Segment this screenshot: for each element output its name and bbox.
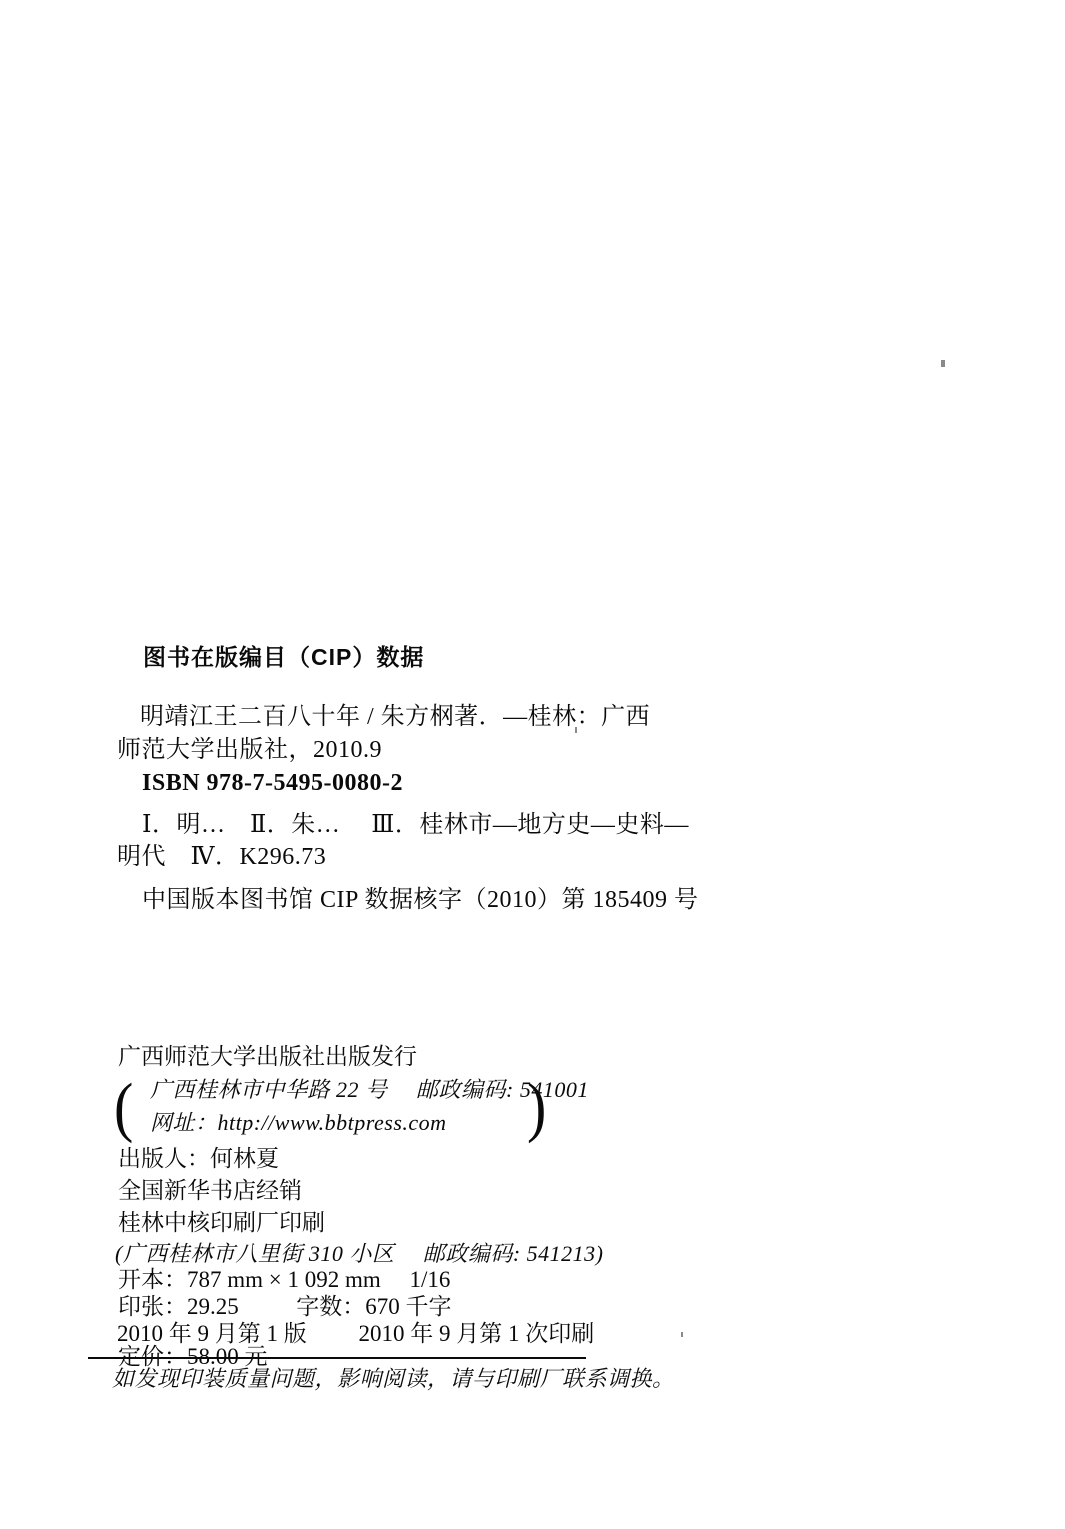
scan-speck bbox=[681, 1332, 683, 1337]
cip-title-line2: 师范大学出版社，2010.9 bbox=[117, 735, 382, 765]
close-paren-glyph: ) bbox=[527, 1068, 546, 1145]
cip-title-line1: 明靖江王二百八十年 / 朱方㭎著．—桂林：广西 bbox=[140, 702, 650, 732]
scan-speck bbox=[575, 727, 577, 733]
publisher-address: 广西桂林市中华路 22 号 邮政编码: 541001 bbox=[150, 1076, 589, 1104]
printer-address: (广西桂林市八里街 310 小区 邮政编码: 541213) bbox=[115, 1240, 603, 1268]
cip-heading: 图书在版编目（CIP）数据 bbox=[143, 643, 424, 672]
format-line: 开本：787 mm × 1 092 mm 1/16 bbox=[118, 1266, 450, 1295]
distributor-line: 全国新华书店经销 bbox=[118, 1177, 302, 1206]
cip-classification-line2: 明代 Ⅳ．K296.73 bbox=[117, 842, 326, 872]
divider-rule bbox=[88, 1357, 586, 1359]
quality-notice: 如发现印装质量问题，影响阅读，请与印刷厂联系调换。 bbox=[112, 1365, 675, 1393]
publisher-website: 网址：http://www.bbtpress.com bbox=[150, 1109, 447, 1137]
cip-classification-line1: Ⅰ．明… Ⅱ．朱… Ⅲ．桂林市—地方史—史料— bbox=[142, 810, 689, 840]
scan-speck bbox=[941, 360, 945, 367]
printer-line: 桂林中核印刷厂印刷 bbox=[118, 1209, 325, 1238]
cip-record-number: 中国版本图书馆 CIP 数据核字（2010）第 185409 号 bbox=[142, 885, 698, 915]
publisher-line: 广西师范大学出版社出版发行 bbox=[118, 1043, 417, 1072]
open-paren-glyph: ( bbox=[114, 1068, 133, 1145]
sheets-wordcount-line: 印张：29.25 字数：670 千字 bbox=[118, 1293, 452, 1322]
cip-isbn: ISBN 978-7-5495-0080-2 bbox=[142, 768, 403, 798]
scanned-copyright-page: 图书在版编目（CIP）数据 明靖江王二百八十年 / 朱方㭎著．—桂林：广西 师范… bbox=[0, 0, 1065, 1529]
issuer-line: 出版人：何林夏 bbox=[118, 1145, 279, 1174]
